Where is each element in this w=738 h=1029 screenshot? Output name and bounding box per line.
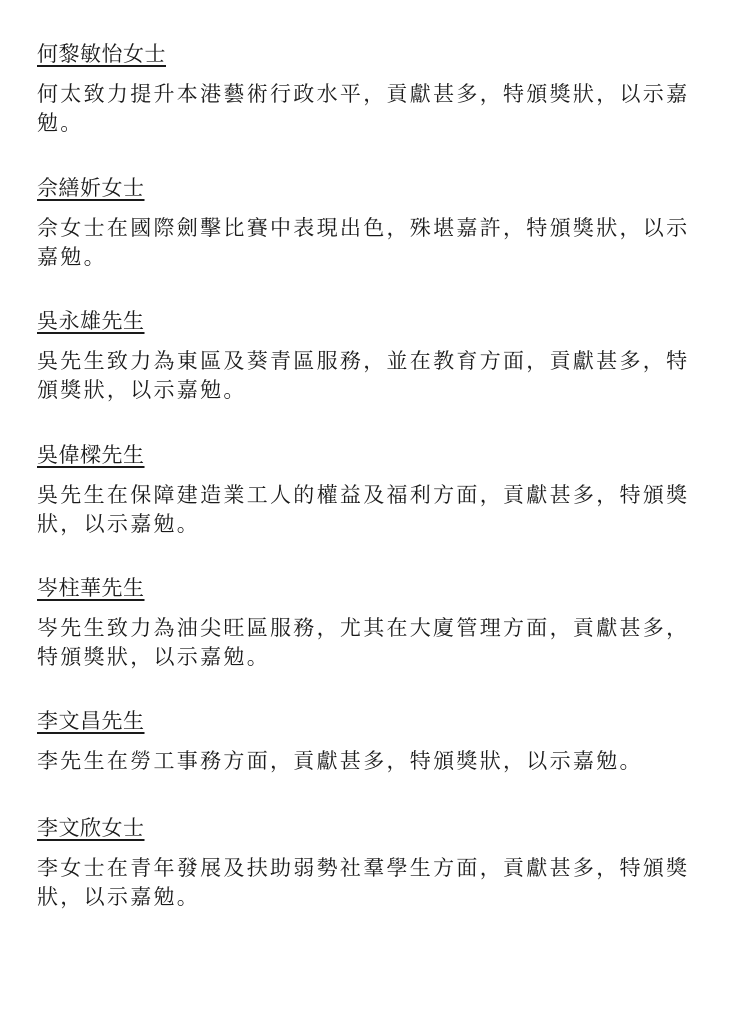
recipient-name: 何黎敏怡女士 (37, 40, 166, 68)
citation-text: 佘女士在國際劍擊比賽中表現出色，殊堪嘉許，特頒獎狀，以示嘉勉。 (37, 214, 702, 272)
recipient-name: 岑柱華先生 (37, 574, 145, 602)
citation-text: 何太致力提升本港藝術行政水平，貢獻甚多，特頒獎狀，以示嘉勉。 (37, 80, 702, 138)
citation-text: 吳先生致力為東區及葵青區服務，並在教育方面，貢獻甚多，特頒獎狀，以示嘉勉。 (37, 347, 702, 405)
citation-text: 吳先生在保障建造業工人的權益及福利方面，貢獻甚多，特頒獎狀，以示嘉勉。 (37, 481, 702, 539)
recipient-name: 李文欣女士 (37, 814, 145, 842)
recipient-name: 吳永雄先生 (37, 307, 145, 335)
recipient-name: 佘繕妡女士 (37, 174, 145, 202)
recipient-name: 李文昌先生 (37, 707, 145, 735)
citation-text: 岑先生致力為油尖旺區服務，尤其在大廈管理方面，貢獻甚多，特頒獎狀，以示嘉勉。 (37, 614, 702, 672)
citation-text: 李女士在青年發展及扶助弱勢社羣學生方面，貢獻甚多，特頒獎狀，以示嘉勉。 (37, 854, 702, 912)
citation-text: 李先生在勞工事務方面，貢獻甚多，特頒獎狀，以示嘉勉。 (37, 747, 702, 776)
recipient-name: 吳偉樑先生 (37, 441, 145, 469)
